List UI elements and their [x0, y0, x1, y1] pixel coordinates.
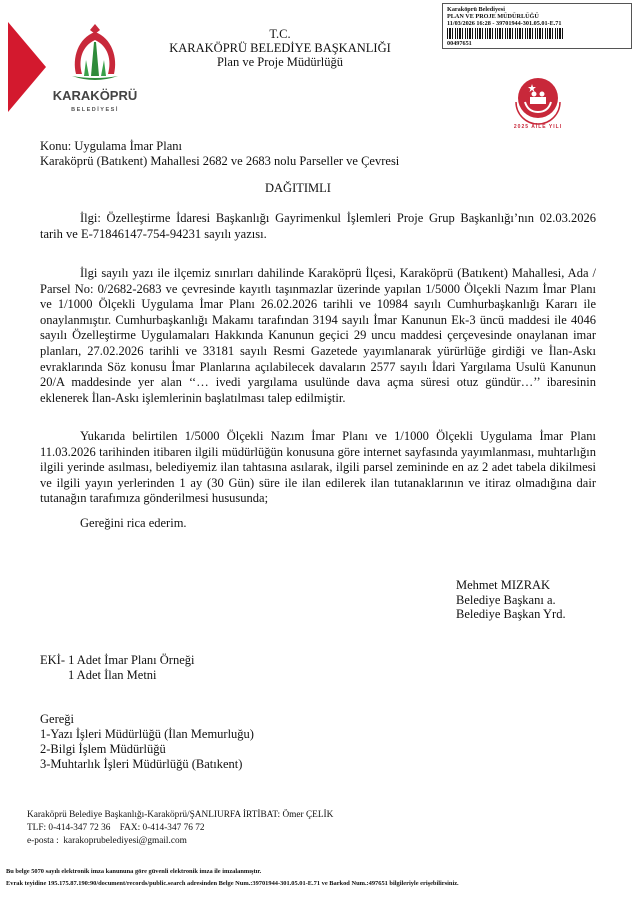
contact-email: e-posta : karakoprubelediyesi@gmail.com — [27, 835, 333, 848]
distribution-item: 2-Bilgi İşlem Müdürlüğü — [40, 742, 254, 757]
subject-detail: Karaköprü (Batıkent) Mahallesi 2682 ve 2… — [40, 154, 399, 169]
esign-line-2: Evrak teyidine 195.175.87.190:90/documen… — [6, 878, 459, 890]
svg-text:KARAKÖPRÜ: KARAKÖPRÜ — [53, 88, 138, 103]
attachments-label: EKİ- — [40, 653, 65, 667]
svg-text:2025 AİLE YILI: 2025 AİLE YILI — [514, 123, 562, 130]
header-department: Plan ve Proje Müdürlüğü — [150, 55, 410, 69]
svg-text:BELEDİYESİ: BELEDİYESİ — [71, 106, 119, 113]
body-text-2: Yukarıda belirtilen 1/5000 Ölçekli Nazım… — [40, 429, 596, 505]
distribution-list: Gereği 1-Yazı İşleri Müdürlüğü (İlan Mem… — [40, 712, 254, 772]
contact-block: Karaköprü Belediye Başkanlığı-Karaköprü/… — [27, 809, 333, 848]
stamp-institution: Karaköprü Belediyesi — [447, 6, 627, 13]
attachment-item: 1 Adet İmar Planı Örneği — [68, 653, 194, 667]
pomegranate-logo-icon: KARAKÖPRÜ BELEDİYESİ — [50, 20, 140, 115]
signatory-name: Mehmet MIZRAK — [456, 578, 566, 593]
esign-line-1: Bu belge 5070 sayılı elektronik imza kan… — [6, 866, 459, 878]
signature-block: Mehmet MIZRAK Belediye Başkanı a. Beledi… — [456, 578, 566, 622]
letterhead: T.C. KARAKÖPRÜ BELEDİYE BAŞKANLIĞI Plan … — [150, 27, 410, 69]
attachment-item: 1 Adet İlan Metni — [40, 668, 195, 683]
reference-text: İlgi: Özelleştirme İdaresi Başkanlığı Ga… — [40, 211, 596, 241]
distribution-item: 1-Yazı İşleri Müdürlüğü (İlan Memurluğu) — [40, 727, 254, 742]
municipality-logo: KARAKÖPRÜ BELEDİYESİ — [50, 20, 140, 115]
subject-block: Konu: Uygulama İmar Planı Karaköprü (Bat… — [40, 139, 399, 169]
header-institution: KARAKÖPRÜ BELEDİYE BAŞKANLIĞI — [150, 41, 410, 55]
stamp-barcode-number: 00497651 — [447, 40, 627, 47]
red-corner-decoration — [8, 22, 46, 112]
attachments-block: EKİ- 1 Adet İmar Planı Örneği 1 Adet İla… — [40, 653, 195, 683]
body-text-1: İlgi sayılı yazı ile ilçemiz sınırları d… — [40, 266, 596, 405]
distribution-item: 3-Muhtarlık İşleri Müdürlüğü (Batıkent) — [40, 757, 254, 772]
subject-line: Konu: Uygulama İmar Planı — [40, 139, 399, 154]
header-tc: T.C. — [150, 27, 410, 41]
registry-stamp: Karaköprü Belediyesi PLAN VE PROJE MÜDÜR… — [442, 3, 632, 49]
family-emblem-icon: 2025 AİLE YILI — [508, 72, 568, 132]
signatory-title-2: Belediye Başkan Yrd. — [456, 607, 566, 622]
contact-phone-fax: TLF: 0-414-347 72 36 FAX: 0-414-347 76 7… — [27, 822, 333, 835]
closing-line: Gereğini rica ederim. — [80, 516, 187, 531]
distribution-label: Gereği — [40, 712, 254, 727]
esign-notice: Bu belge 5070 sayılı elektronik imza kan… — [6, 866, 459, 890]
distribution-heading: DAĞITIMLI — [265, 181, 331, 196]
reference-paragraph: İlgi: Özelleştirme İdaresi Başkanlığı Ga… — [40, 211, 596, 242]
signatory-title-1: Belediye Başkanı a. — [456, 593, 566, 608]
body-paragraph-2: Yukarıda belirtilen 1/5000 Ölçekli Nazım… — [40, 429, 596, 507]
stamp-date-number: 11/03/2026 16:28 - 39701944-301.05.01-E.… — [447, 20, 627, 27]
body-paragraph-1: İlgi sayılı yazı ile ilçemiz sınırları d… — [40, 266, 596, 406]
family-year-emblem: 2025 AİLE YILI — [508, 72, 568, 132]
stamp-department: PLAN VE PROJE MÜDÜRLÜĞÜ — [447, 13, 627, 20]
contact-address: Karaköprü Belediye Başkanlığı-Karaköprü/… — [27, 809, 333, 822]
barcode — [447, 28, 565, 39]
